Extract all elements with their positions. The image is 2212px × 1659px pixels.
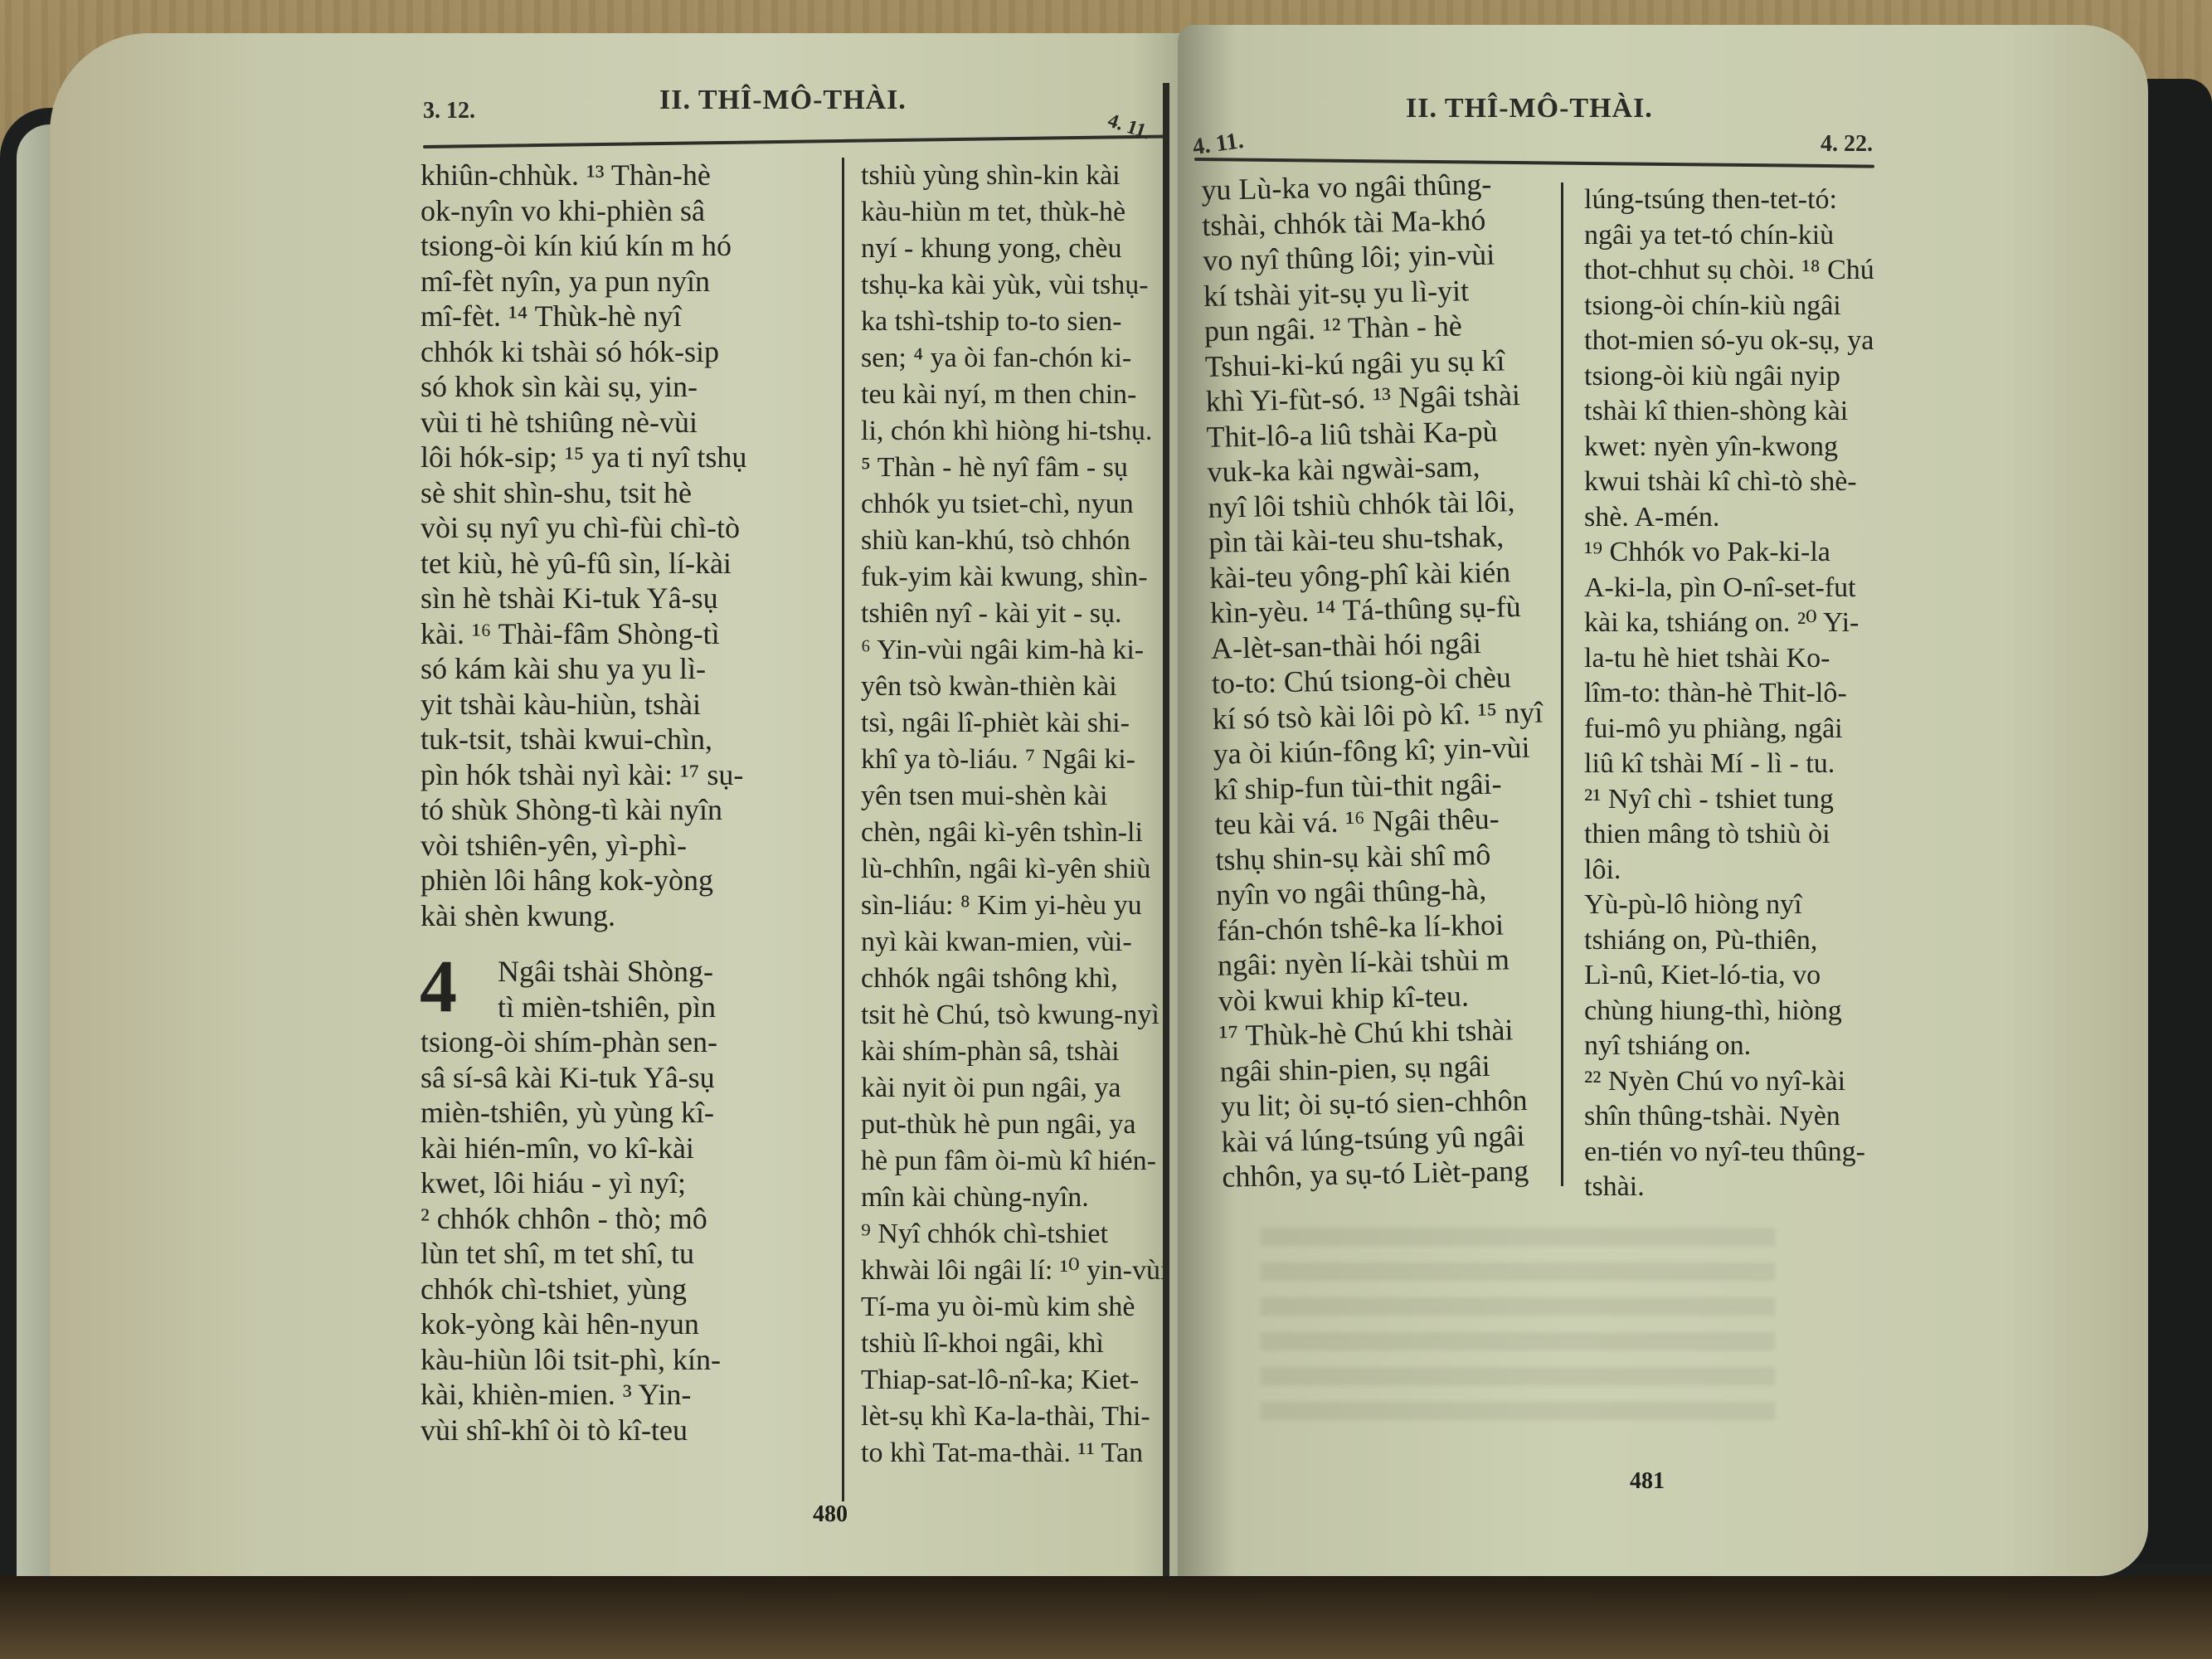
text-line: ¹⁹ Chhók vo Pak-ki-la (1584, 535, 1974, 571)
text-line: tet kiù, hè yû-fû sìn, lí-kài (421, 546, 868, 581)
text-line: to khì Tat-ma-thài. ¹¹ Tan (861, 1435, 1226, 1472)
text-line: Tí-ma yu òi-mù kim shè (861, 1289, 1226, 1326)
text-line: tuk-tsit, tshài kwui-chìn, (421, 722, 868, 757)
text-line: tshài. (1584, 1170, 1974, 1205)
left-page-number: 480 (813, 1501, 848, 1528)
text-line: hè pun fâm òi-mù kî hién- (861, 1143, 1226, 1180)
text-line: chèn, ngâi kì-yên tshìn-li (861, 815, 1226, 851)
left-page-chapter-verse-start: 3. 12. (423, 98, 475, 124)
text-line: Thiap-sat-lô-nî-ka; Kiet- (861, 1362, 1226, 1399)
text-line: kài shím-phàn sâ, tshài (861, 1034, 1226, 1070)
text-line: ngâi ya tet-tó chín-kiù (1584, 218, 1974, 254)
column-divider (842, 158, 844, 1501)
text-line: tsiong-òi chín-kiù ngâi (1584, 289, 1974, 324)
text-line: chùng hiung-thì, hiòng (1584, 994, 1974, 1029)
text-line: vòi sụ nyî yu chì-fùi chì-tò (421, 510, 868, 546)
text-line: tshiên nyî - kài yit - sụ. (861, 596, 1226, 632)
left-page-column-2: tshiù yùng shìn-kin kàikàu-hiùn m tet, t… (861, 158, 1226, 1472)
text-line: lôi. (1584, 853, 1974, 888)
text-line: chhók chì-tshiet, yùng (421, 1272, 868, 1307)
text-line: khiûn-chhùk. ¹³ Thàn-hè (421, 158, 868, 193)
text-line: kài shèn kwung. (421, 898, 868, 934)
text-line: sâ sí-sâ kài Ki-tuk Yâ-sụ (421, 1060, 868, 1096)
text-line: lôi hók-sip; ¹⁵ ya ti nyî tshụ (421, 440, 868, 475)
text-line: lúng-tsúng then-tet-tó: (1584, 182, 1974, 218)
left-page-running-head: II. THÎ-MÔ-THÀI. (659, 85, 907, 116)
text-line: mî-fèt. ¹⁴ Thùk-hè nyî (421, 299, 868, 334)
text-line: sìn-liáu: ⁸ Kim yi-hèu yu (861, 888, 1226, 924)
text-line: nyí - khung yong, chèu (861, 231, 1226, 267)
text-line: liû kî tshài Mí - lì - tu. (1584, 747, 1974, 782)
text-line: tó shùk Shòng-tì kài nyîn (421, 792, 868, 828)
left-page-column-1-continued: tsiong-òi shím-phàn sen-sâ sí-sâ kài Ki-… (421, 1024, 868, 1447)
text-line: sìn hè tshài Ki-tuk Yâ-sụ (421, 581, 868, 616)
text-line: kài ka, tshiáng on. ²⁰ Yi- (1584, 606, 1974, 641)
text-line: tshiù lî-khoi ngâi, khì (861, 1326, 1226, 1362)
text-line: ok-nyîn vo khi-phièn sâ (421, 193, 868, 229)
text-line: ²² Nyèn Chú vo nyî-kài (1584, 1064, 1974, 1100)
text-line: vùi ti hè tshiûng nè-vùi (421, 405, 868, 440)
text-line: lùn tet shî, m tet shî, tu (421, 1236, 868, 1272)
text-line: Ngâi tshài Shòng- (498, 954, 871, 990)
text-line: kwet: nyèn yîn-kwong (1584, 430, 1974, 465)
text-line: ⁶ Yin-vùi ngâi kim-hà ki- (861, 632, 1226, 669)
text-line: tsit hè Chú, tsò kwung-nyì (861, 997, 1226, 1034)
text-line: chhôn, ya sụ-tó Lièt-pang (1222, 1151, 1612, 1194)
text-line: mièn-tshiên, yù yùng kî- (421, 1095, 868, 1131)
left-page: 3. 12. II. THÎ-MÔ-THÀI. 4. 11. khiûn-chh… (50, 33, 1228, 1584)
text-line: chhók ngâi tshông khì, (861, 961, 1226, 997)
right-page-column-2: lúng-tsúng then-tet-tó:ngâi ya tet-tó ch… (1584, 182, 1974, 1205)
text-line: nyî tshiáng on. (1584, 1029, 1974, 1064)
text-line: khî ya tò-liáu. ⁷ Ngâi ki- (861, 742, 1226, 778)
text-line: tshiù yùng shìn-kin kài (861, 158, 1226, 194)
book-gutter (1163, 83, 1169, 1576)
text-line: só khok sìn kài sụ, yin- (421, 369, 868, 405)
text-line: vòi tshiên-yên, yì-phì- (421, 828, 868, 864)
text-line: kài hién-mîn, vo kî-kài (421, 1131, 868, 1166)
text-line: mîn kài chùng-nyîn. (861, 1180, 1226, 1216)
text-line: Lì-nû, Kiet-ló-tia, vo (1584, 958, 1974, 994)
text-line: la-tu hè hiet tshài Ko- (1584, 641, 1974, 677)
text-line: tshụ-ka kài yùk, vùi tshụ- (861, 267, 1226, 304)
text-line: khwài lôi ngâi lí: ¹⁰ yin-vùi (861, 1253, 1226, 1289)
text-line: shîn thûng-tshài. Nyèn (1584, 1099, 1974, 1135)
text-line: tsiong-òi shím-phàn sen- (421, 1024, 868, 1060)
text-line: ⁵ Thàn - hè nyî fâm - sụ (861, 450, 1226, 486)
text-line: ² chhók chhôn - thò; mô (421, 1201, 868, 1237)
column-divider (1561, 182, 1563, 1186)
text-line: chhók yu tsiet-chì, nyun (861, 486, 1226, 523)
text-line: thot-mien só-yu ok-sụ, ya (1584, 324, 1974, 359)
text-line: thien mâng tò tshiù òi (1584, 817, 1974, 853)
book-bottom-shadow (0, 1576, 2212, 1659)
text-line: ka tshì-tship to-to sien- (861, 304, 1226, 340)
text-line: teu kài nyí, m then chin- (861, 377, 1226, 413)
text-line: tsì, ngâi lî-phièt kài shi- (861, 705, 1226, 742)
text-line: fui-mô yu phiàng, ngâi (1584, 712, 1974, 747)
text-line: shiù kan-khú, tsò chhón (861, 523, 1226, 559)
text-line: kok-yòng kài hên-nyun (421, 1306, 868, 1342)
text-line: kài. ¹⁶ Thài-fâm Shòng-tì (421, 616, 868, 652)
text-line: en-tién vo nyî-teu thûng- (1584, 1135, 1974, 1170)
text-line: yên tsò kwàn-thièn kài (861, 669, 1226, 705)
text-line: kàu-hiùn m tet, thùk-hè (861, 194, 1226, 231)
text-line: kwet, lôi hiáu - yì nyî; (421, 1165, 868, 1201)
text-line: mî-fèt nyîn, ya pun nyîn (421, 264, 868, 299)
left-page-chapter-verse-end: 4. 11. (1105, 110, 1153, 145)
chapter-4-opening-lines: Ngâi tshài Shòng-tì mièn-tshiên, pìn (498, 954, 871, 1024)
text-line: ²¹ Nyî chì - tshiet tung (1584, 782, 1974, 818)
text-line: put-thùk hè pun ngâi, ya (861, 1107, 1226, 1143)
text-line: tì mièn-tshiên, pìn (498, 990, 871, 1025)
text-line: A-ki-la, pìn O-nî-set-fut (1584, 571, 1974, 606)
text-line: kàu-hiùn lôi tsit-phì, kín- (421, 1342, 868, 1378)
right-page-chapter-verse-start: 4. 11. (1191, 128, 1245, 161)
text-line: lù-chhîn, ngâi kì-yên shiù (861, 851, 1226, 888)
text-line: thot-chhut sụ chòi. ¹⁸ Chú (1584, 253, 1974, 289)
text-line: nyì kài kwan-mien, vùi- (861, 924, 1226, 961)
text-line: kwui tshài kî chì-tò shè- (1584, 465, 1974, 500)
text-line: tshài kî thien-shòng kài (1584, 394, 1974, 430)
text-line: lîm-to: thàn-hè Thit-lô- (1584, 676, 1974, 712)
text-line: yên tsen mui-shèn kài (861, 778, 1226, 815)
text-line: lèt-sụ khì Ka-la-thài, Thi- (861, 1399, 1226, 1435)
right-page-column-1: yu Lù-ka vo ngâi thûng-tshài, chhók tài … (1201, 164, 1612, 1194)
text-line: chhók ki tshài só hók-sip (421, 334, 868, 370)
text-line: phièn lôi hâng kok-yòng (421, 863, 868, 898)
text-line: kài, khièn-mien. ³ Yin- (421, 1377, 868, 1413)
show-through-text (1261, 1228, 1775, 1435)
text-line: tshiáng on, Pù-thiên, (1584, 923, 1974, 959)
text-line: fuk-yim kài kwung, shìn- (861, 559, 1226, 596)
text-line: tsiong-òi kiù ngâi nyip (1584, 359, 1974, 395)
text-line: tsiong-òi kín kiú kín m hó (421, 228, 868, 264)
text-line: vùi shî-khî òi tò kî-teu (421, 1413, 868, 1448)
header-rule (423, 134, 1169, 148)
text-line: sè shit shìn-shu, tsit hè (421, 475, 868, 511)
text-line: yit tshài kàu-hiùn, tshài (421, 687, 868, 722)
right-page-number: 481 (1630, 1468, 1665, 1495)
text-line: kài nyit òi pun ngâi, ya (861, 1070, 1226, 1107)
text-line: ⁹ Nyî chhók chì-tshiet (861, 1216, 1226, 1253)
text-line: sen; ⁴ ya òi fan-chón ki- (861, 340, 1226, 377)
left-page-column-1: khiûn-chhùk. ¹³ Thàn-hèok-nyîn vo khi-ph… (421, 158, 868, 933)
text-line: Yù-pù-lô hiòng nyî (1584, 888, 1974, 923)
chapter-number-4: 4 (420, 950, 457, 1024)
text-line: só kám kài shu ya yu lì- (421, 651, 868, 687)
text-line: pìn hók tshài nyì kài: ¹⁷ sụ- (421, 757, 868, 793)
right-page-chapter-verse-end: 4. 22. (1821, 131, 1873, 158)
text-line: li, chón khì hiòng hi-tshụ. (861, 413, 1226, 450)
right-page-running-head: II. THÎ-MÔ-THÀI. (1406, 93, 1653, 124)
text-line: shè. A-mén. (1584, 500, 1974, 536)
